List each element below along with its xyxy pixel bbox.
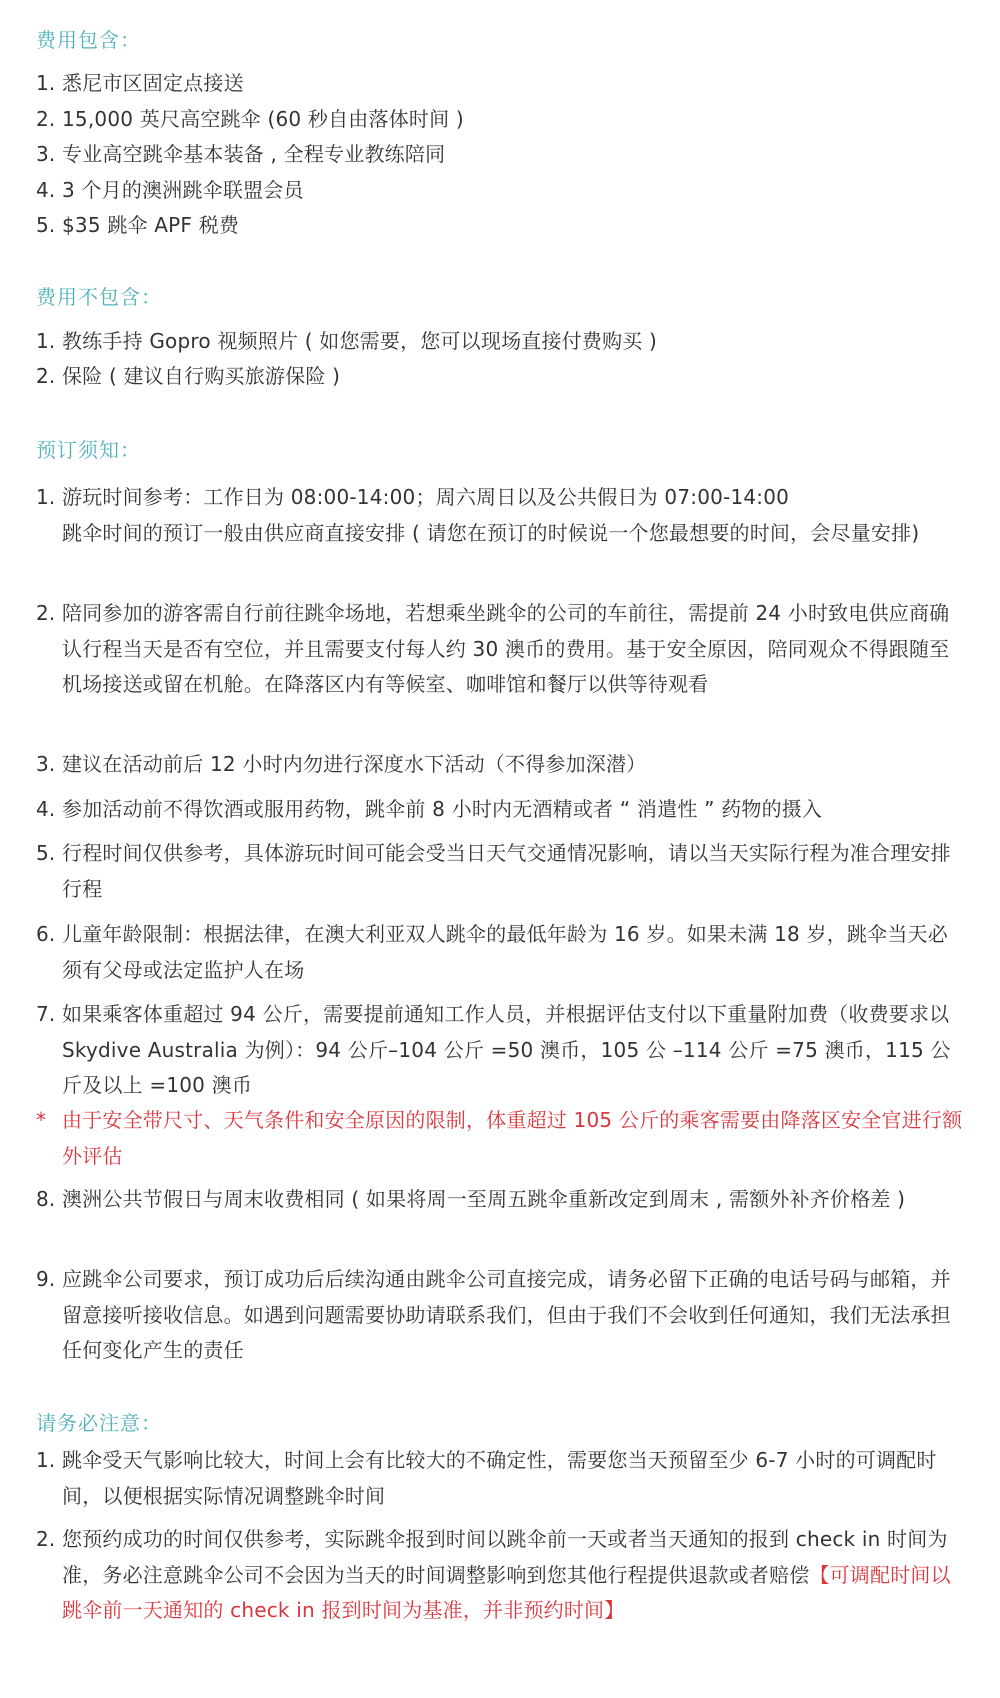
item-number: 2. — [36, 102, 55, 138]
list-item: 1.跳伞受天气影响比较大，时间上会有比较大的不确定性，需要您当天预留至少 6-7… — [36, 1443, 966, 1514]
item-text: 澳洲公共节假日与周末收费相同 ( 如果将周一至周五跳伞重新改定到周末 , 需额外… — [62, 1187, 905, 1211]
item-number: 4. — [36, 173, 55, 209]
item-text: 悉尼市区固定点接送 — [62, 71, 244, 95]
item-number: 7. — [36, 997, 55, 1033]
item-text: 陪同参加的游客需自行前往跳伞场地，若想乘坐跳伞的公司的车前往，需提前 24 小时… — [62, 601, 949, 696]
list-item: 1.游玩时间参考：工作日为 08:00-14:00；周六周日以及公共假日为 07… — [36, 480, 966, 551]
list-item: 9.应跳伞公司要求，预订成功后后续沟通由跳伞公司直接完成，请务必留下正确的电话号… — [36, 1262, 966, 1369]
item-number: 2. — [36, 359, 55, 395]
list-item: 1.教练手持 Gopro 视频照片 ( 如您需要，您可以现场直接付费购买 ) — [36, 324, 966, 360]
list-item: 2.您预约成功的时间仅供参考，实际跳伞报到时间以跳伞前一天或者当天通知的报到 c… — [36, 1522, 966, 1629]
item-text: $35 跳伞 APF 税费 — [62, 213, 239, 237]
list-item: 5.行程时间仅供参考，具体游玩时间可能会受当日天气交通情况影响，请以当天实际行程… — [36, 836, 966, 907]
item-number: 3. — [36, 137, 55, 173]
item-number: 1. — [36, 1443, 55, 1479]
list-item: 5.$35 跳伞 APF 税费 — [36, 208, 966, 244]
item-number: 4. — [36, 792, 55, 828]
item-number: 8. — [36, 1182, 55, 1218]
item-number: 1. — [36, 66, 55, 102]
list-item: 1.悉尼市区固定点接送 — [36, 66, 966, 102]
list-item: 2.陪同参加的游客需自行前往跳伞场地，若想乘坐跳伞的公司的车前往，需提前 24 … — [36, 596, 966, 703]
list-item: 4.参加活动前不得饮酒或服用药物，跳伞前 8 小时内无酒精或者 “ 消遣性 ” … — [36, 792, 966, 828]
list-item: 7.如果乘客体重超过 94 公斤，需要提前通知工作人员，并根据评估支付以下重量附… — [36, 997, 966, 1104]
item-text: 由于安全带尺寸、天气条件和安全原因的限制，体重超过 105 公斤的乘客需要由降落… — [62, 1108, 962, 1168]
item-text: 如果乘客体重超过 94 公斤，需要提前通知工作人员，并根据评估支付以下重量附加费… — [62, 1002, 951, 1097]
list-item: 3.专业高空跳伞基本装备 , 全程专业教练陪同 — [36, 137, 966, 173]
item-text: 游玩时间参考：工作日为 08:00-14:00；周六周日以及公共假日为 07:0… — [62, 485, 789, 509]
item-text: 3 个月的澳洲跳伞联盟会员 — [62, 178, 304, 202]
item-text: 行程时间仅供参考，具体游玩时间可能会受当日天气交通情况影响，请以当天实际行程为准… — [62, 841, 951, 901]
section-heading-fees-excluded: 费用不包含： — [36, 282, 162, 312]
item-number: 3. — [36, 747, 55, 783]
section-heading-important-notice: 请务必注意： — [36, 1408, 162, 1438]
list-item: 4.3 个月的澳洲跳伞联盟会员 — [36, 173, 966, 209]
item-number: 9. — [36, 1262, 55, 1298]
item-number: 1. — [36, 324, 55, 360]
list-item: 8.澳洲公共节假日与周末收费相同 ( 如果将周一至周五跳伞重新改定到周末 , 需… — [36, 1182, 966, 1218]
list-item: 6.儿童年龄限制：根据法律，在澳大利亚双人跳伞的最低年龄为 16 岁。如果未满 … — [36, 917, 966, 988]
item-text: 儿童年龄限制：根据法律，在澳大利亚双人跳伞的最低年龄为 16 岁。如果未满 18… — [62, 922, 948, 982]
item-text: 保险 ( 建议自行购买旅游保险 ) — [62, 364, 340, 388]
item-number: 2. — [36, 1522, 55, 1558]
item-text: 参加活动前不得饮酒或服用药物，跳伞前 8 小时内无酒精或者 “ 消遣性 ” 药物… — [62, 797, 822, 821]
item-text-continued: 跳伞时间的预订一般由供应商直接安排 ( 请您在预订的时候说一个您最想要的时间，会… — [62, 521, 919, 545]
section-heading-booking-notes: 预订须知： — [36, 435, 141, 465]
list-item: 2.保险 ( 建议自行购买旅游保险 ) — [36, 359, 966, 395]
item-text: 教练手持 Gopro 视频照片 ( 如您需要，您可以现场直接付费购买 ) — [62, 329, 657, 353]
item-number: 6. — [36, 917, 55, 953]
item-text: 建议在活动前后 12 小时内勿进行深度水下活动（不得参加深潜） — [62, 752, 646, 776]
item-number: 2. — [36, 596, 55, 632]
item-text: 应跳伞公司要求，预订成功后后续沟通由跳伞公司直接完成，请务必留下正确的电话号码与… — [62, 1267, 951, 1362]
item-text: 专业高空跳伞基本装备 , 全程专业教练陪同 — [62, 142, 445, 166]
item-number: 5. — [36, 836, 55, 872]
asterisk-icon: * — [36, 1103, 46, 1139]
list-item: 3.建议在活动前后 12 小时内勿进行深度水下活动（不得参加深潜） — [36, 747, 966, 783]
section-heading-fees-included: 费用包含： — [36, 25, 141, 55]
item-number: 5. — [36, 208, 55, 244]
item-number: 1. — [36, 480, 55, 516]
weight-warning-note: *由于安全带尺寸、天气条件和安全原因的限制，体重超过 105 公斤的乘客需要由降… — [36, 1103, 966, 1174]
list-item: 2.15,000 英尺高空跳伞 (60 秒自由落体时间 ) — [36, 102, 966, 138]
item-text: 15,000 英尺高空跳伞 (60 秒自由落体时间 ) — [62, 107, 464, 131]
item-text: 跳伞受天气影响比较大，时间上会有比较大的不确定性，需要您当天预留至少 6-7 小… — [62, 1448, 937, 1508]
